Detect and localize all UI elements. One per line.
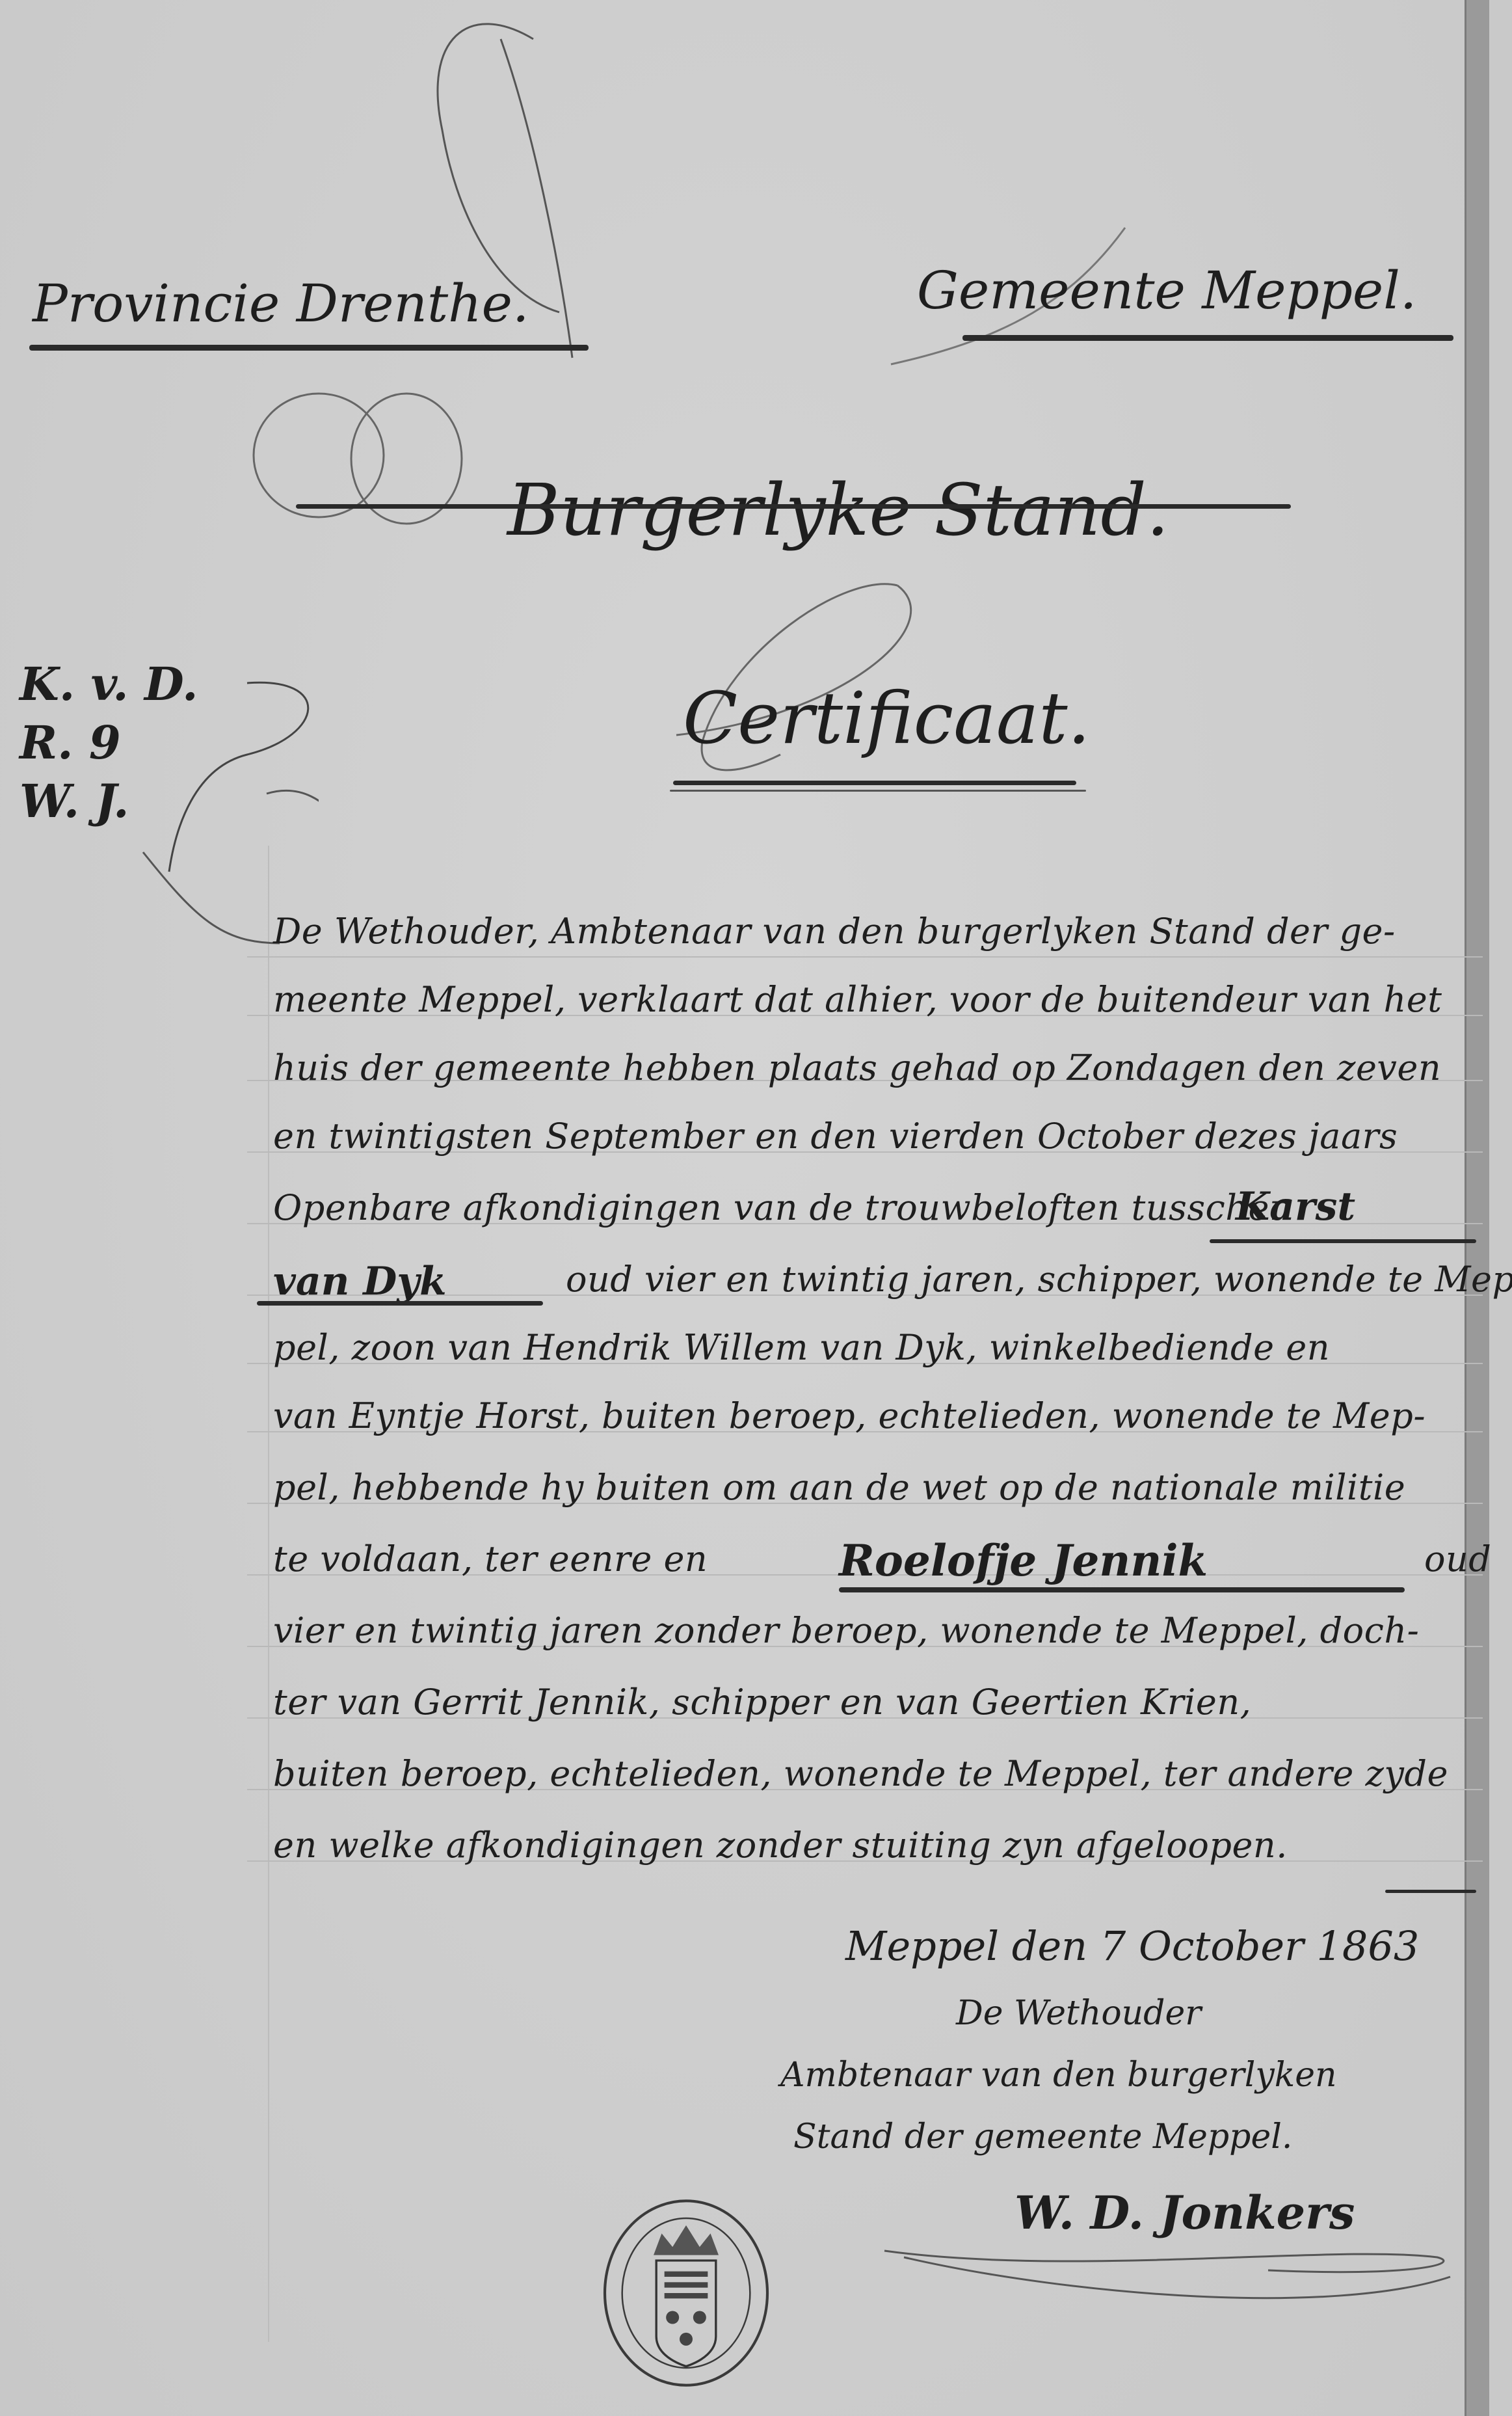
document-title-underline xyxy=(673,781,1076,785)
flourish-icon xyxy=(241,384,514,553)
page-edge xyxy=(1465,0,1489,2416)
body-line: pel, zoon van Hendrik Willem van Dyk, wi… xyxy=(273,1327,1330,1368)
body-line: meente Meppel, verklaart dat alhier, voo… xyxy=(273,979,1442,1020)
ruled-line xyxy=(247,956,1483,958)
body-line: oud xyxy=(1424,1538,1491,1579)
body-line: Openbare afkondigingen van de trouwbelof… xyxy=(273,1187,1292,1228)
body-line: pel, hebbende hy buiten om aan de wet op… xyxy=(273,1467,1405,1508)
closing-line-2: Ambtenaar van den burgerlyken xyxy=(780,2056,1337,2095)
province-label: Provincie Drenthe. xyxy=(33,273,529,334)
margin-note-2: R. 9 xyxy=(20,716,121,770)
body-line: ter van Gerrit Jennik, schipper en van G… xyxy=(273,1682,1251,1723)
body-line: huis der gemeente hebben plaats gehad op… xyxy=(273,1047,1441,1088)
body-line: en welke afkondigingen zonder stuiting z… xyxy=(273,1825,1288,1866)
body-line: en twintigsten September en den vierden … xyxy=(273,1116,1398,1157)
province-underline xyxy=(29,345,589,351)
body-line: te voldaan, ter eenre en xyxy=(273,1538,708,1579)
document-page: Provincie Drenthe. Gemeente Meppel. Burg… xyxy=(0,0,1489,2416)
groom-name-underline xyxy=(1210,1239,1476,1243)
document-title: Certificaat. xyxy=(683,677,1091,760)
margin-note-3: W. J. xyxy=(20,774,129,828)
groom-surname-underline xyxy=(257,1301,543,1306)
municipality-label: Gemeente Meppel. xyxy=(917,260,1416,321)
body-line: buiten beroep, echtelieden, wonende te M… xyxy=(273,1753,1448,1794)
signature-flourish-icon xyxy=(878,2238,1463,2322)
groom-name-last: van Dyk xyxy=(273,1259,447,1304)
margin-note-1: K. v. D. xyxy=(20,657,198,711)
body-line: van Eyntje Horst, buiten beroep, echteli… xyxy=(273,1395,1426,1436)
municipality-underline xyxy=(962,335,1453,341)
body-line: oud vier en twintig jaren, schipper, won… xyxy=(566,1259,1512,1300)
section-title: Burgerlyke Stand. xyxy=(507,468,1169,552)
signature: W. D. Jonkers xyxy=(1015,2186,1355,2240)
groom-name-first: Karst xyxy=(1236,1184,1355,1229)
margin-rule xyxy=(268,846,269,2342)
end-dash xyxy=(1385,1890,1476,1893)
closing-line-1: De Wethouder xyxy=(956,1994,1201,2033)
section-title-underline xyxy=(296,504,1291,509)
place-date: Meppel den 7 October 1863 xyxy=(845,1922,1419,1970)
bride-name: Roelofje Jennik xyxy=(839,1535,1208,1586)
bride-name-underline xyxy=(839,1587,1405,1592)
closing-line-3: Stand der gemeente Meppel. xyxy=(793,2117,1292,2156)
body-line: vier en twintig jaren zonder beroep, won… xyxy=(273,1610,1419,1651)
document-title-underline-2 xyxy=(670,790,1086,792)
municipal-seal-icon xyxy=(579,2195,793,2391)
body-line: De Wethouder, Ambtenaar van den burgerly… xyxy=(273,911,1396,952)
